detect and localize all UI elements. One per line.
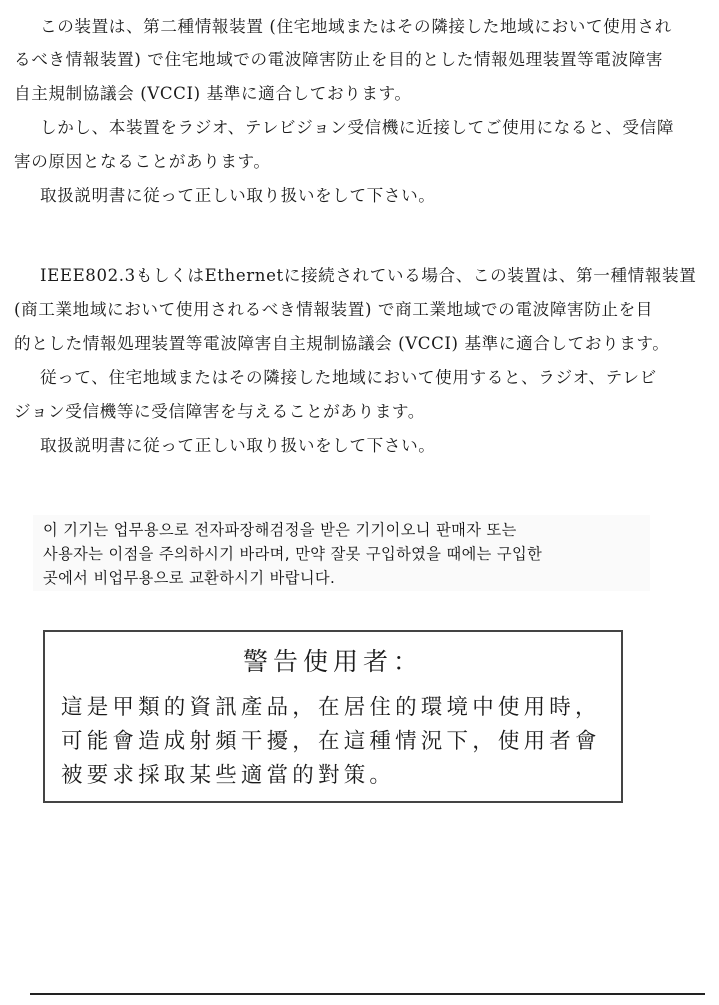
- text-line: 従って、住宅地域またはその隣接した地域において使用すると、ラジオ、テレビ: [40, 368, 657, 388]
- text-line: 自主規制協議会 (VCCI) 基準に適合しております。: [14, 84, 412, 104]
- text-line: この装置は、第二種情報装置 (住宅地域またはその隣接した地域において使用され: [40, 17, 672, 37]
- text-line: 這是甲類的資訊產品，在居住的環境中使用時，: [61, 690, 601, 721]
- text-line: 곳에서 비업무용으로 교환하시기 바랍니다.: [43, 568, 335, 588]
- text-line: 이 기기는 업무용으로 전자파장해검정을 받은 기기이오니 판매자 또는: [43, 520, 517, 540]
- text-line: 사용자는 이점을 주의하시기 바라며, 만약 잘못 구입하였을 때에는 구입한: [43, 544, 542, 564]
- text-line: (商工業地域において使用されるべき情報装置) で商工業地域での電波障害防止を目: [14, 300, 653, 320]
- text-line: 取扱説明書に従って正しい取り扱いをして下さい。: [40, 186, 435, 206]
- korean-emc-notice: 이 기기는 업무용으로 전자파장해검정을 받은 기기이오니 판매자 또는 사용자…: [33, 515, 650, 591]
- text-line: 的とした情報処理装置等電波障害自主規制協議会 (VCCI) 基準に適合しておりま…: [14, 334, 670, 354]
- taiwan-warning-box: 警告使用者： 這是甲類的資訊產品，在居住的環境中使用時， 可能會造成射頻干擾，在…: [43, 630, 623, 803]
- text-line: IEEE802.3もしくはEthernetに接続されている場合、この装置は、第一…: [40, 266, 696, 286]
- text-line: ジョン受信機等に受信障害を与えることがあります。: [14, 402, 425, 422]
- text-line: 被要求採取某些適當的對策。: [61, 758, 395, 789]
- text-line: るべき情報装置) で住宅地域での電波障害防止を目的とした情報処理装置等電波障害: [14, 50, 663, 70]
- text-line: しかし、本装置をラジオ、テレビジョン受信機に近接してご使用になると、受信障: [40, 118, 674, 138]
- text-line: 可能會造成射頻干擾，在這種情況下，使用者會: [61, 724, 601, 755]
- text-line: 取扱説明書に従って正しい取り扱いをして下さい。: [40, 436, 435, 456]
- text-line: 害の原因となることがあります。: [14, 152, 271, 172]
- warning-title: 警告使用者：: [45, 642, 621, 678]
- footer-divider: [30, 993, 705, 995]
